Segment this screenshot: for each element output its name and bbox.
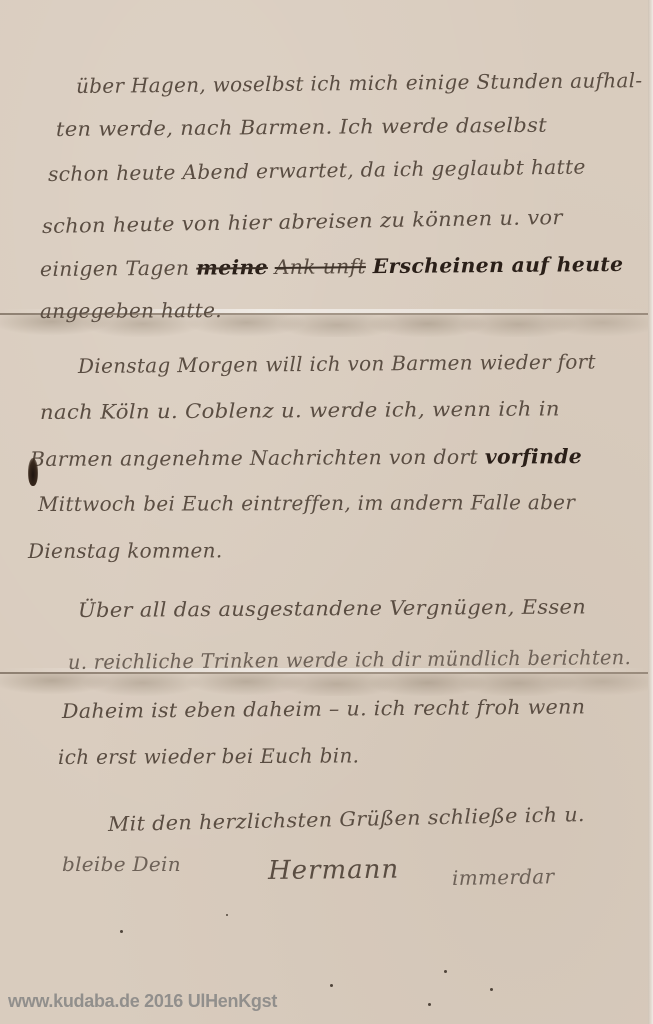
signature-hermann: Hermann (268, 855, 399, 886)
inserted-word-vorfinde: vorfinde (485, 444, 582, 469)
letter-line-9: Barmen angenehme Nachrichten von dort vo… (30, 444, 582, 471)
letter-body: über Hagen, woselbst ich mich einige Stu… (0, 0, 648, 1024)
letter-line-12: Über all das ausgestandene Vergnügen, Es… (78, 594, 586, 622)
letter-line-3: schon heute Abend erwartet, da ich gegla… (48, 154, 586, 186)
struck-word-ankunft: Ank unft (275, 254, 366, 279)
letter-line-16: Mit den herzlichsten Grüßen schließe ich… (108, 802, 585, 836)
letter-line-6: angegeben hatte. (40, 298, 222, 323)
line-5-start: einigen Tagen (40, 256, 196, 281)
ink-blot (28, 458, 38, 486)
paper-speck (490, 988, 493, 991)
line-9-text: Barmen angenehme Nachrichten von dort (30, 445, 478, 471)
letter-line-15: ich erst wieder bei Euch bin. (58, 743, 359, 769)
letter-line-13: u. reichliche Trinken werde ich dir münd… (68, 645, 631, 674)
paper-speck (330, 984, 333, 987)
struck-word-meine: meine (196, 255, 268, 280)
paper-speck (226, 914, 228, 916)
paper-right-edge (648, 0, 653, 1024)
letter-line-8: nach Köln u. Coblenz u. werde ich, wenn … (40, 396, 560, 424)
letter-line-17: bleibe Dein (62, 852, 181, 876)
closing-word-immerdar: immerdar (452, 864, 555, 890)
paper-speck (120, 930, 123, 933)
letter-line-5: einigen Tagen meine Ank unft Erscheinen … (40, 252, 623, 281)
letter-line-1: über Hagen, woselbst ich mich einige Stu… (76, 68, 643, 98)
correction-erscheinen: Erscheinen auf heute (373, 252, 624, 278)
letter-line-4: schon heute von hier abreisen zu können … (42, 205, 563, 238)
paper-speck (444, 970, 447, 973)
letter-line-14: Daheim ist eben daheim – u. ich recht fr… (62, 694, 585, 723)
letter-line-10: Mittwoch bei Euch eintreffen, im andern … (38, 490, 575, 516)
letter-page: über Hagen, woselbst ich mich einige Stu… (0, 0, 653, 1024)
watermark: www.kudaba.de 2016 UlHenKgst (8, 991, 277, 1012)
letter-line-11: Dienstag kommen. (28, 538, 223, 563)
paper-speck (428, 1003, 431, 1006)
letter-line-7: Dienstag Morgen will ich von Barmen wied… (78, 349, 596, 378)
letter-line-2: ten werde, nach Barmen. Ich werde daselb… (56, 113, 547, 141)
